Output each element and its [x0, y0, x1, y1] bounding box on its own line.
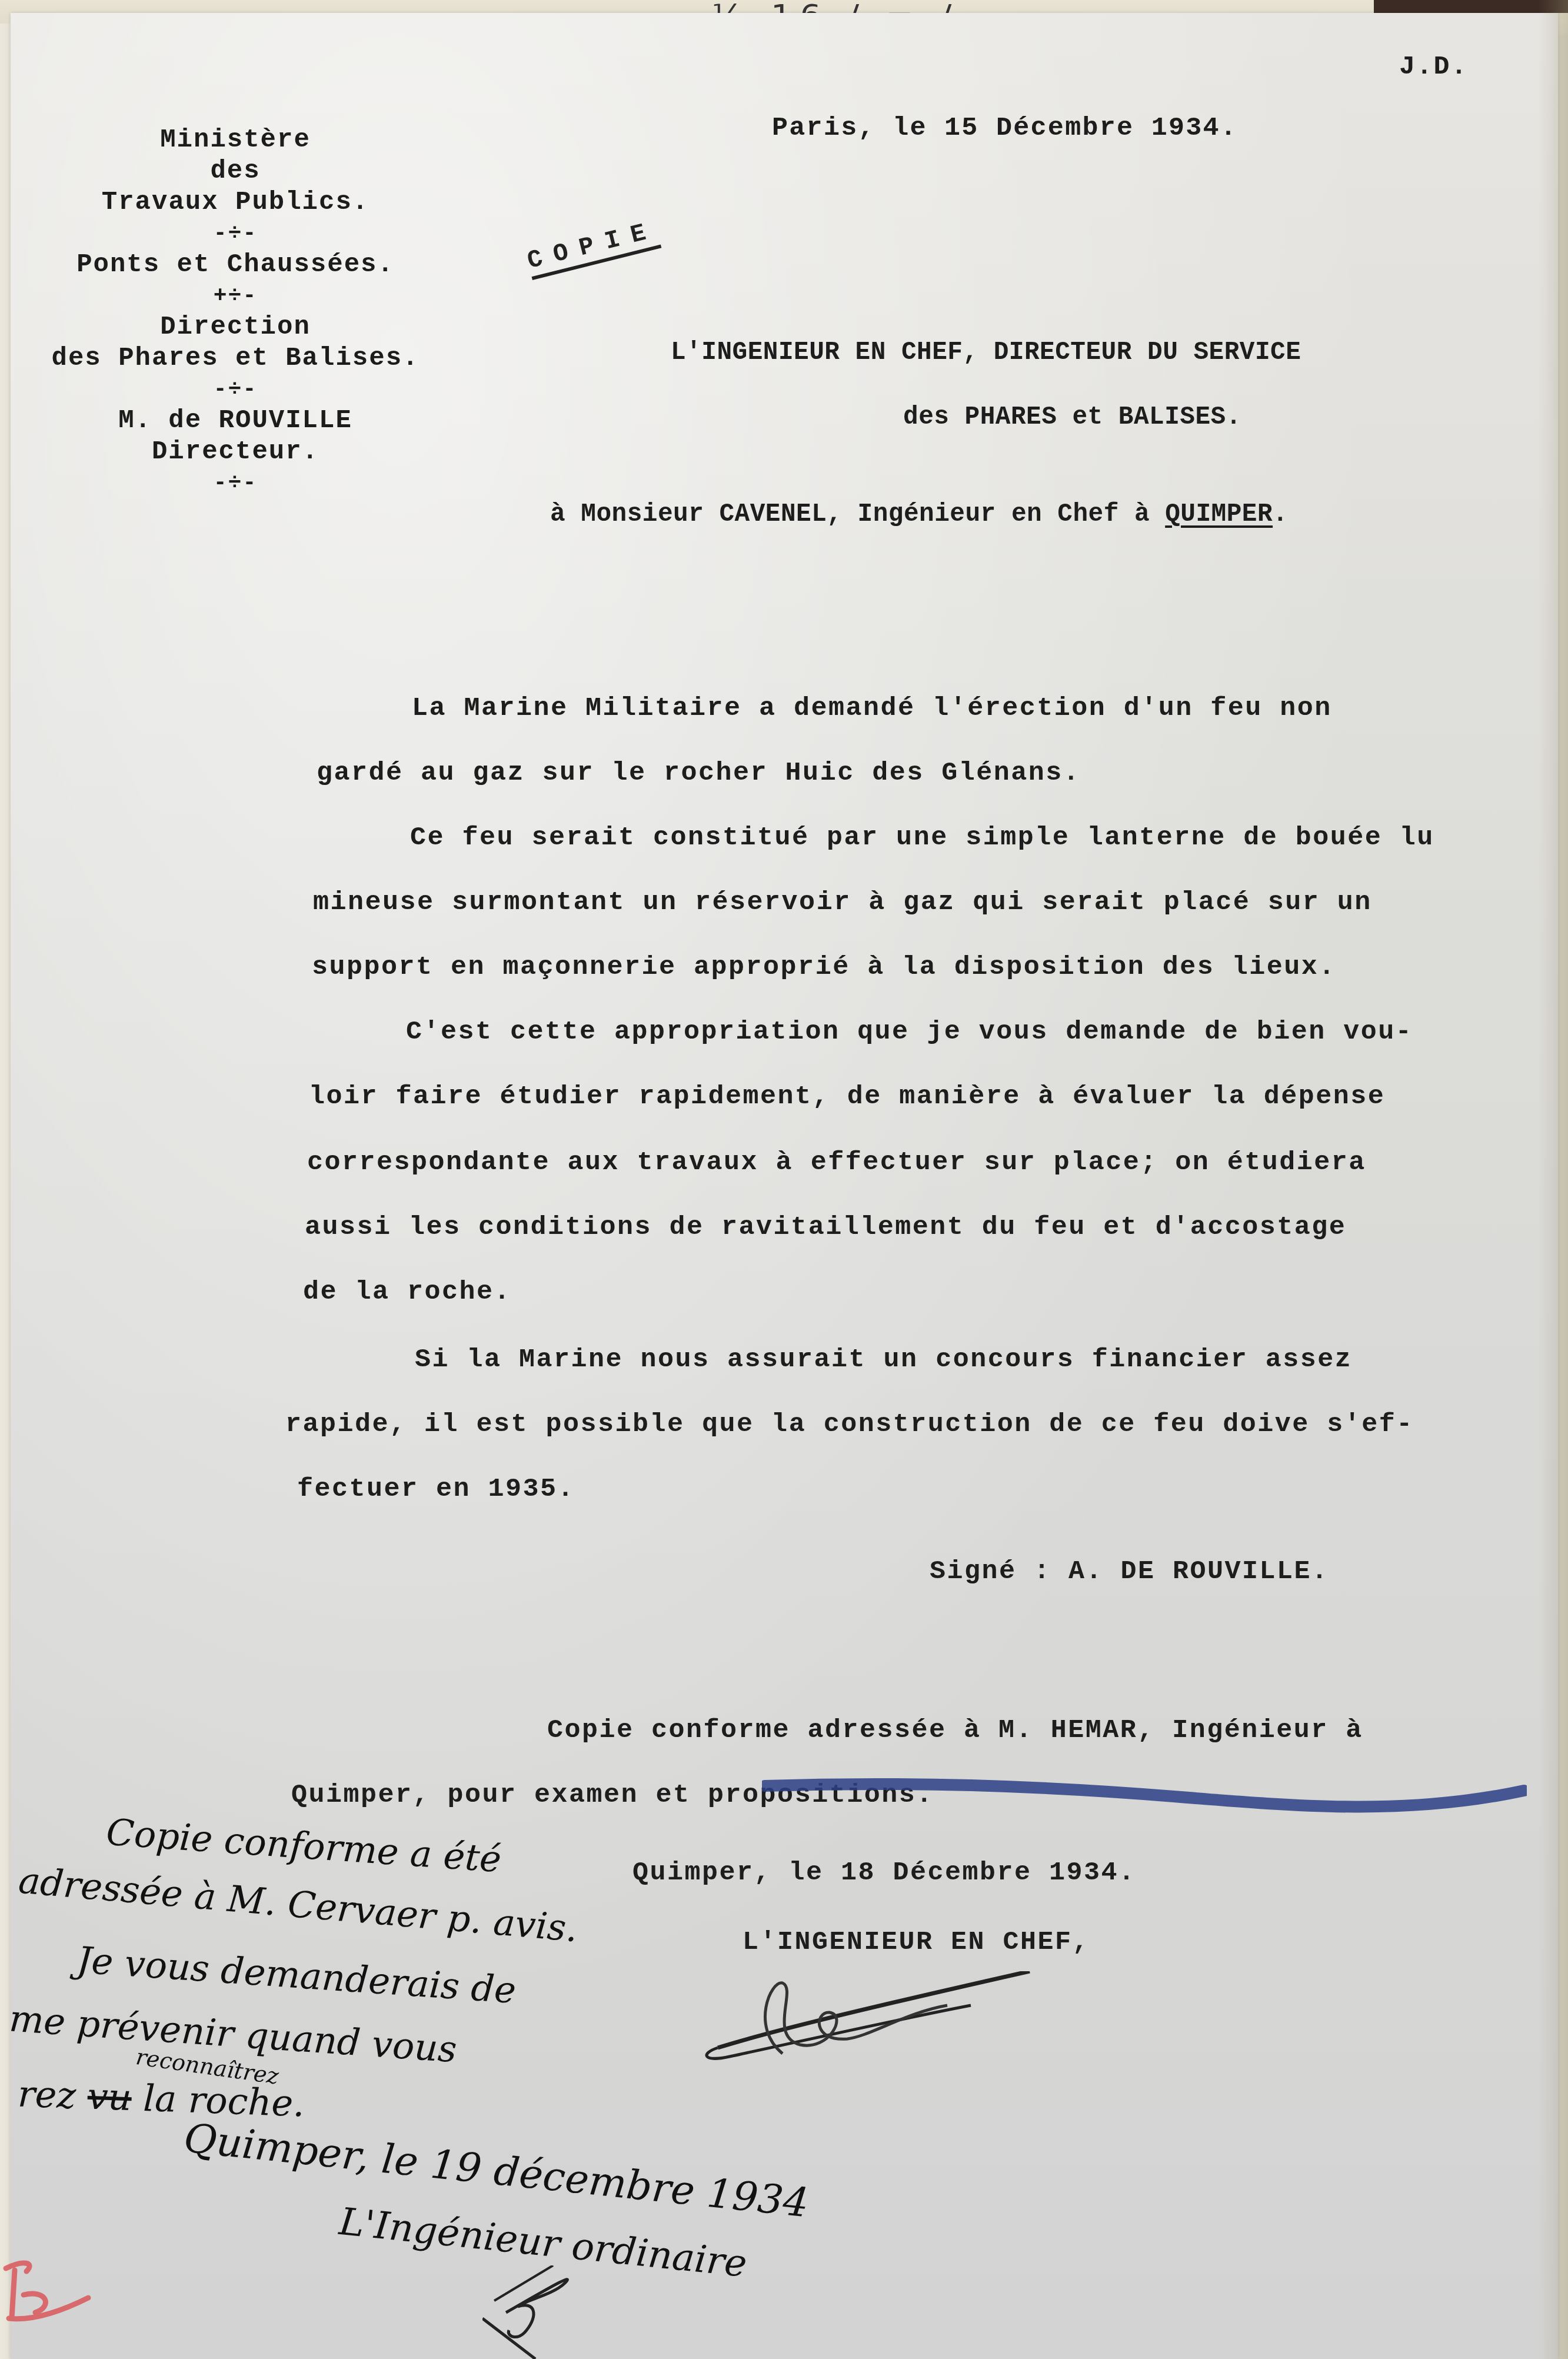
letterhead: Ministère des Travaux Publics. -÷- Ponts…: [24, 125, 447, 499]
body-line: rapide, il est possible que la construct…: [285, 1409, 1414, 1439]
letterhead-separator: -÷-: [24, 218, 447, 249]
sender-line-2: des PHARES et BALISES.: [903, 402, 1241, 432]
forwarding-title: L'INGENIEUR EN CHEF,: [743, 1927, 1090, 1957]
struck-word: vu: [87, 2075, 132, 2120]
letterhead-separator: -÷-: [24, 468, 447, 499]
place-date: Paris, le 15 Décembre 1934.: [772, 113, 1237, 143]
sender-line-1: L'INGENIEUR EN CHEF, DIRECTEUR DU SERVIC…: [671, 337, 1301, 367]
recipient-city: QUIMPER: [1165, 499, 1273, 529]
body-line: support en maçonnerie approprié à la dis…: [312, 952, 1336, 982]
recipient-line: à Monsieur CAVENEL, Ingénieur en Chef à …: [550, 499, 1288, 529]
right-paper-shadow: [1539, 0, 1568, 2359]
body-line: mineuse surmontant un réservoir à gaz qu…: [313, 887, 1372, 917]
forwarding-line-1: Copie conforme adressée à M. HEMAR, Ingé…: [547, 1715, 1363, 1745]
letterhead-line: des: [24, 156, 447, 187]
forwarding-place-date: Quimper, le 18 Décembre 1934.: [632, 1858, 1136, 1888]
body-line: aussi les conditions de ravitaillement d…: [305, 1212, 1346, 1242]
body-line: correspondante aux travaux à effectuer s…: [307, 1147, 1366, 1177]
body-line: C'est cette appropriation que je vous de…: [406, 1017, 1413, 1047]
letterhead-line: M. de ROUVILLE: [24, 405, 447, 437]
recipient-suffix: .: [1273, 499, 1288, 529]
body-line: loir faire étudier rapidement, de manièr…: [309, 1082, 1385, 1112]
letterhead-line: Ponts et Chaussées.: [24, 249, 447, 281]
handwritten-word: la roche.: [142, 2077, 305, 2125]
ordinary-engineer-signature: [482, 2265, 671, 2359]
blue-pencil-underline: [762, 1774, 1527, 1821]
initials: J.D.: [1399, 52, 1468, 82]
letterhead-line: Directeur.: [24, 437, 447, 468]
letterhead-line: Ministère: [24, 125, 447, 156]
body-line: fectuer en 1935.: [297, 1474, 575, 1504]
body-line: gardé au gaz sur le rocher Huic des Glén…: [317, 758, 1080, 788]
signed-line: Signé : A. DE ROUVILLE.: [930, 1556, 1329, 1586]
letterhead-line: des Phares et Balises.: [24, 343, 447, 374]
handwritten-word: rez: [17, 2072, 76, 2117]
red-pencil-mark: [0, 2254, 94, 2330]
recipient-prefix: à Monsieur CAVENEL, Ingénieur en Chef à: [550, 499, 1165, 529]
letterhead-line: Direction: [24, 312, 447, 343]
body-line: La Marine Militaire a demandé l'érection…: [412, 693, 1332, 723]
body-line: de la roche.: [303, 1277, 511, 1307]
chief-engineer-signature: [694, 1971, 1059, 2065]
letterhead-separator: +÷-: [24, 281, 447, 312]
body-line: Si la Marine nous assurait un concours f…: [415, 1345, 1352, 1375]
letterhead-separator: -÷-: [24, 374, 447, 405]
body-line: Ce feu serait constitué par une simple l…: [410, 823, 1434, 853]
letterhead-line: Travaux Publics.: [24, 187, 447, 218]
